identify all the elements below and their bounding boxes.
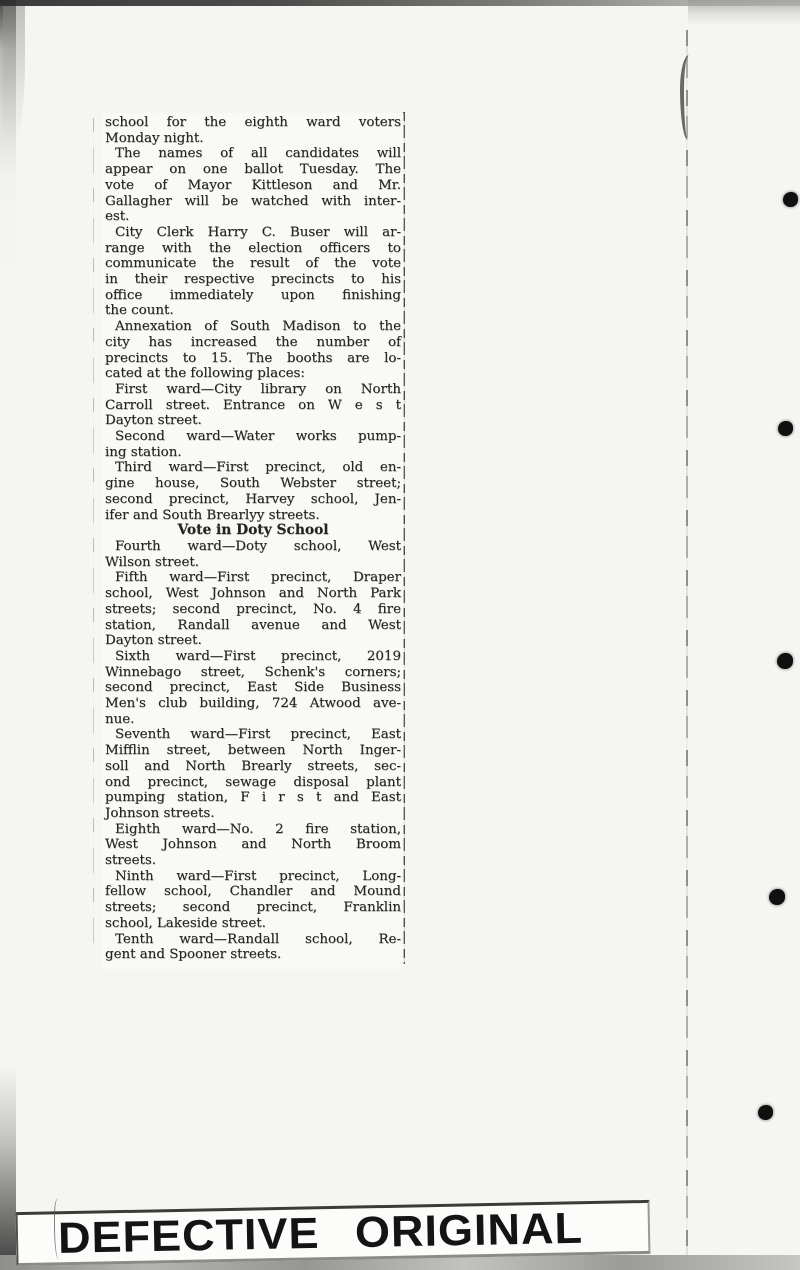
article-line: Eighth ward—No. 2 fire station, [105, 822, 401, 838]
article-line: Sixth ward—First precinct, 2019 [105, 649, 401, 665]
article-line: second precinct, Harvey school, Jen- [105, 492, 401, 508]
article-line: school, West Johnson and North Park [105, 586, 401, 602]
article-line: streets; second precinct, Franklin [105, 900, 401, 916]
article-column: school for the eighth ward votersMonday … [105, 115, 401, 963]
article-line: station, Randall avenue and West [105, 618, 401, 634]
ink-dot [778, 421, 793, 436]
article-line: city has increased the number of [105, 335, 401, 351]
article-line: Men's club building, 724 Atwood ave- [105, 696, 401, 712]
article-subhead: Vote in Doty School [105, 523, 401, 539]
article-line: Winnebago street, Schenk's corners; [105, 665, 401, 681]
ink-dot [758, 1105, 773, 1120]
article-line: Dayton street. [105, 633, 401, 649]
article-line: fellow school, Chandler and Mound [105, 884, 401, 900]
article-line: office immediately upon finishing [105, 288, 401, 304]
stamp-crease-line [54, 1198, 63, 1260]
article-line: appear on one ballot Tuesday. The [105, 162, 401, 178]
article-line: Carroll street. Entrance on W e s t [105, 398, 401, 414]
article-line: Fifth ward—First precinct, Draper [105, 570, 401, 586]
article-line: soll and North Brearly streets, sec- [105, 759, 401, 775]
scanned-page: { "stamp": { "label": "DEFECTIVE ORIGINA… [0, 0, 800, 1270]
scan-left-edge-shadow [0, 0, 16, 1270]
article-line: nue. [105, 712, 401, 728]
article-line: ond precinct, sewage disposal plant [105, 775, 401, 791]
scan-left-top-mottle [3, 6, 25, 146]
newspaper-clipping: school for the eighth ward votersMonday … [102, 113, 404, 969]
article-line: Third ward—First precinct, old en- [105, 460, 401, 476]
ink-dot [783, 192, 798, 207]
article-line: second precinct, East Side Business [105, 680, 401, 696]
article-line: est. [105, 209, 401, 225]
article-line: streets; second precinct, No. 4 fire [105, 602, 401, 618]
article-line: Wilson street. [105, 555, 401, 571]
article-line: gine house, South Webster street; [105, 476, 401, 492]
article-line: school for the eighth ward voters [105, 115, 401, 131]
ink-dot [777, 653, 793, 669]
article-line: Ninth ward—First precinct, Long- [105, 869, 401, 885]
article-line: vote of Mayor Kittleson and Mr. [105, 178, 401, 194]
article-line: cated at the following places: [105, 366, 401, 382]
article-line: in their respective precincts to his [105, 272, 401, 288]
article-line: Monday night. [105, 131, 401, 147]
article-line: Annexation of South Madison to the [105, 319, 401, 335]
clipping-left-torn-edge [93, 118, 94, 958]
article-line: the count. [105, 303, 401, 319]
article-line: ifer and South Brearlyy streets. [105, 508, 401, 524]
article-line: Johnson streets. [105, 806, 401, 822]
article-line: Mifflin street, between North Inger- [105, 743, 401, 759]
article-line: range with the election officers to [105, 241, 401, 257]
article-line: The names of all candidates will [105, 146, 401, 162]
article-line: Tenth ward—Randall school, Re- [105, 932, 401, 948]
crease-ink-smudge [680, 55, 693, 140]
article-line: Fourth ward—Doty school, West [105, 539, 401, 555]
scan-top-edge-shadow [0, 0, 800, 6]
article-line: Gallagher will be watched with inter- [105, 194, 401, 210]
ink-dot [769, 889, 785, 905]
article-line: pumping station, F i r s t and East [105, 790, 401, 806]
article-line: streets. [105, 853, 401, 869]
article-line: gent and Spooner streets. [105, 947, 401, 963]
page-fold-crease-line [686, 30, 688, 1256]
article-line: West Johnson and North Broom [105, 837, 401, 853]
article-line: Second ward—Water works pump- [105, 429, 401, 445]
scan-top-right-noise [688, 0, 800, 26]
article-line: City Clerk Harry C. Buser will ar- [105, 225, 401, 241]
stamp-label: DEFECTIVE ORIGINAL [18, 1203, 584, 1264]
article-line: Seventh ward—First precinct, East [105, 727, 401, 743]
article-line: communicate the result of the vote [105, 256, 401, 272]
article-line: school, Lakeside street. [105, 916, 401, 932]
article-line: precincts to 15. The booths are lo- [105, 351, 401, 367]
article-line: Dayton street. [105, 413, 401, 429]
article-line: ing station. [105, 445, 401, 461]
article-line: First ward—City library on North [105, 382, 401, 398]
